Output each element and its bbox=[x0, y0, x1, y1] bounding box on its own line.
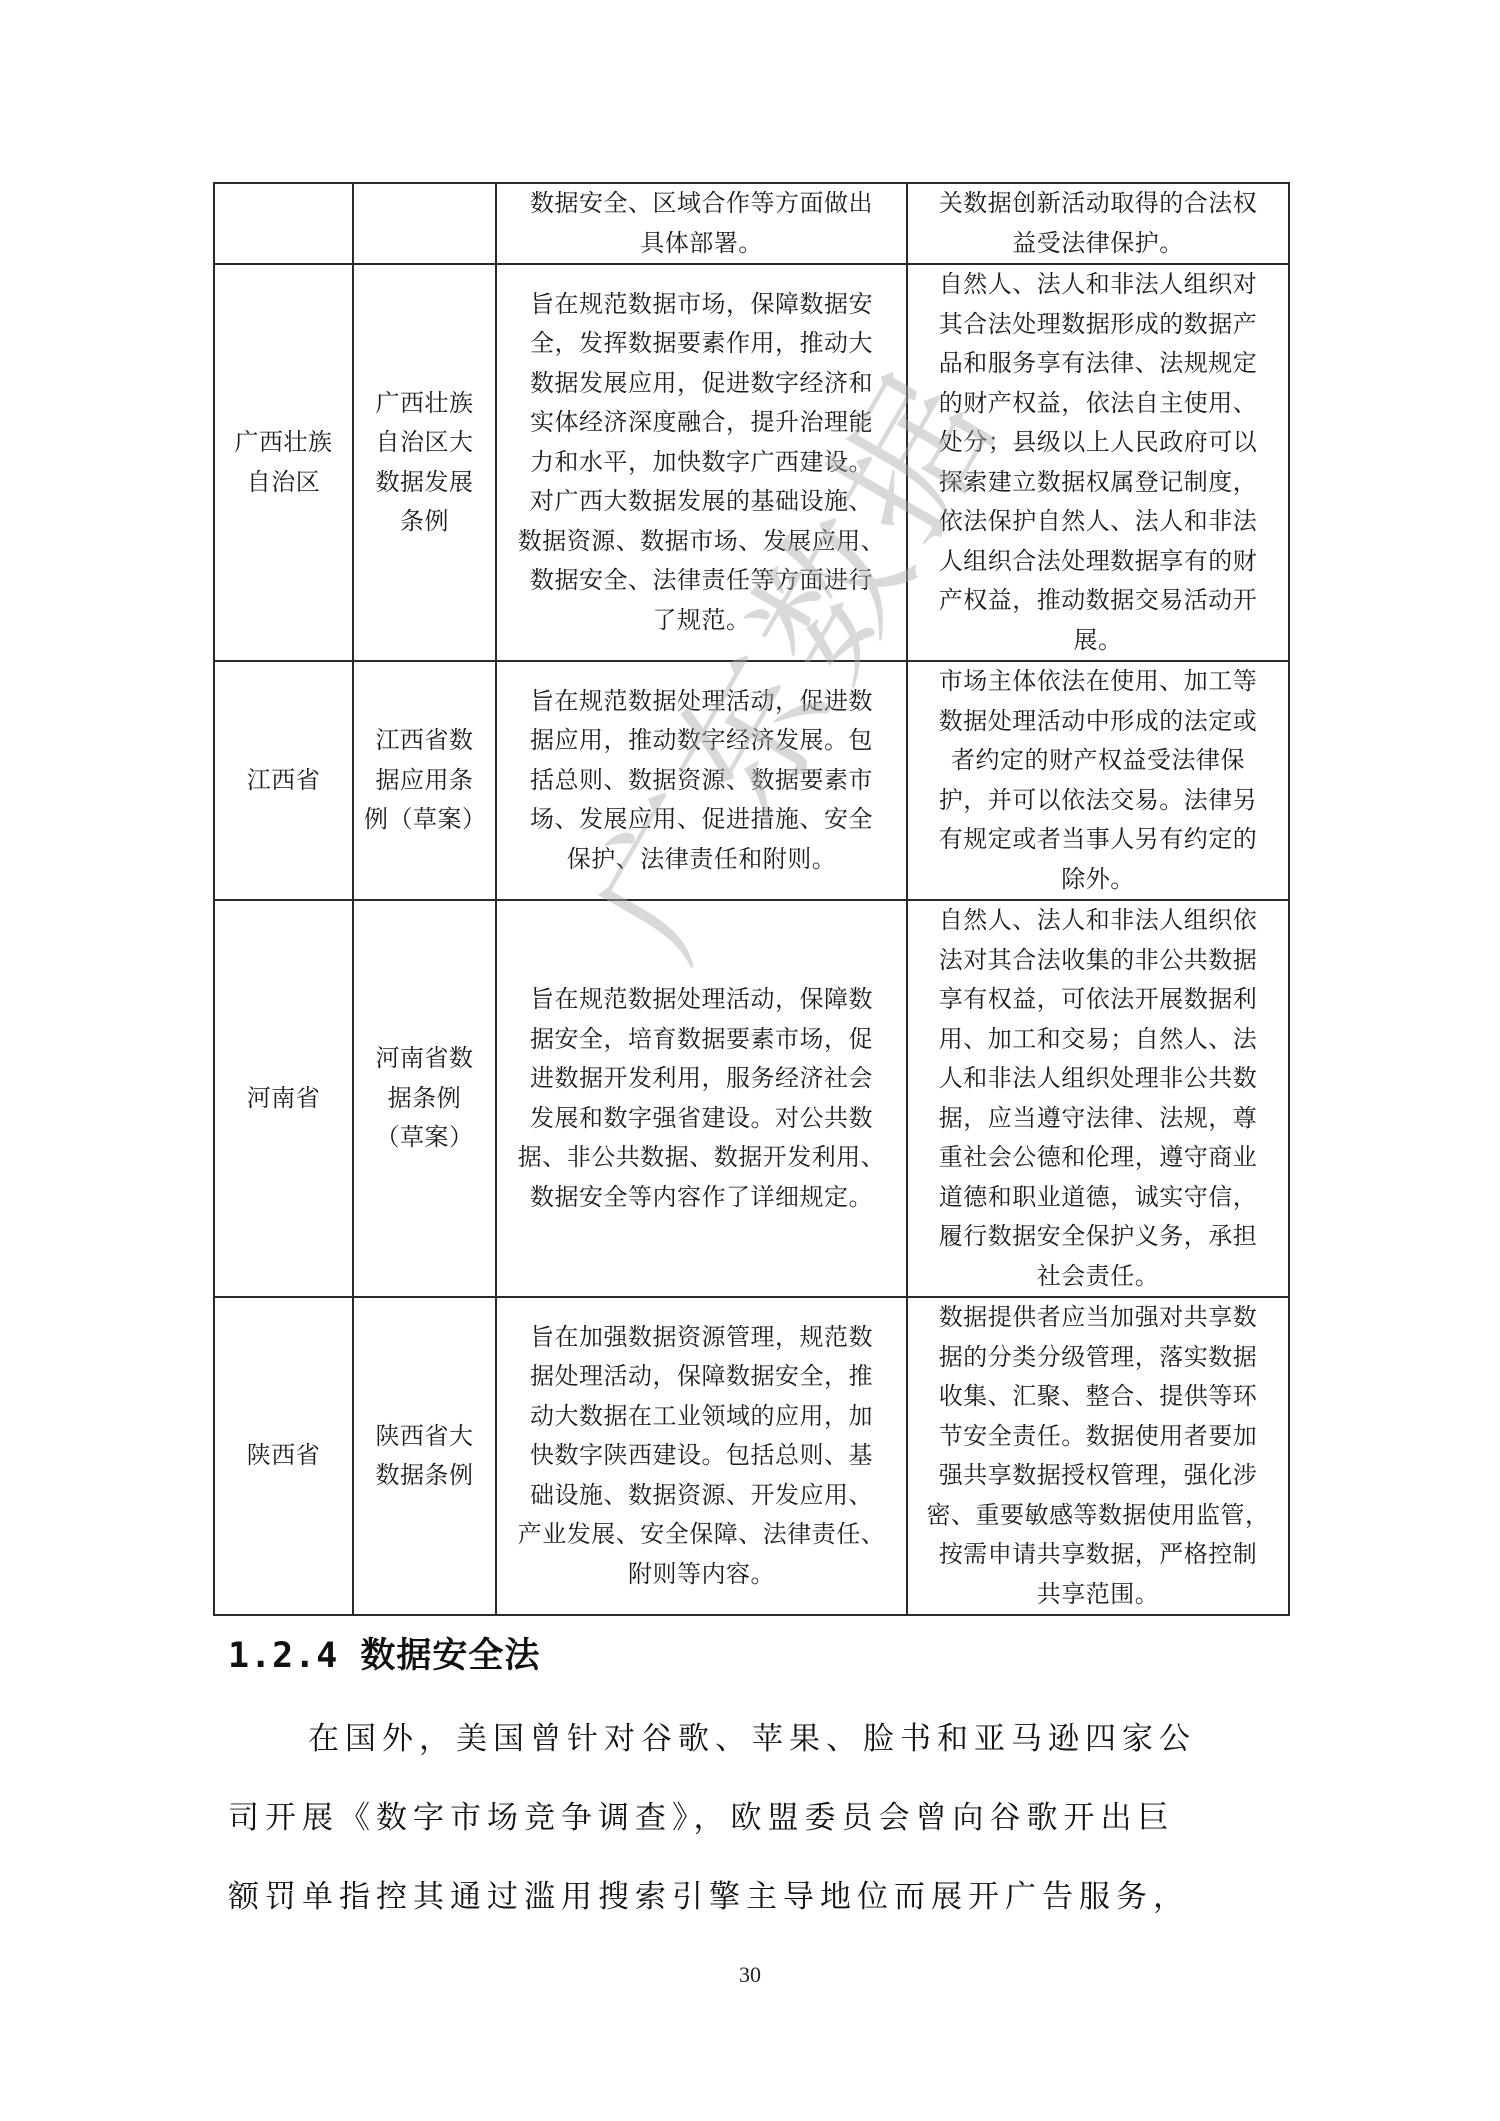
cell-line: 共享范围。 bbox=[918, 1575, 1278, 1615]
cell-line: 自治区大 bbox=[364, 423, 485, 463]
cell-line: 重社会公德和伦理，遵守商业 bbox=[918, 1138, 1278, 1178]
cell-line: 据、非公共数据、数据开发利用、 bbox=[507, 1138, 896, 1178]
cell-line: 附则等内容。 bbox=[507, 1555, 896, 1595]
paragraph-line: 在国外，美国曾针对谷歌、苹果、脸书和亚马逊四家公 bbox=[228, 1700, 1288, 1779]
law-name-cell: 江西省数据应用条例（草案） bbox=[353, 661, 496, 900]
cell-line: 人组织合法处理数据享有的财 bbox=[918, 542, 1278, 582]
section-heading: 1.2.4 数据安全法 bbox=[228, 1628, 540, 1678]
law-name-cell: 陕西省大数据条例 bbox=[353, 1297, 496, 1615]
cell-line: 了规范。 bbox=[507, 601, 896, 641]
region-cell: 江西省 bbox=[214, 661, 353, 900]
data-rights-cell: 市场主体依法在使用、加工等数据处理活动中形成的法定或者约定的财产权益受法律保护，… bbox=[907, 661, 1289, 900]
cell-line: 旨在规范数据处理活动，促进数 bbox=[507, 682, 896, 722]
cell-line: 数据发展应用，促进数字经济和 bbox=[507, 364, 896, 404]
cell-line: 力和水平，加快数字广西建设。 bbox=[507, 443, 896, 483]
law-name-cell bbox=[353, 183, 496, 264]
document-page: 数据安全、区域合作等方面做出具体部署。关数据创新活动取得的合法权益受法律保护。广… bbox=[0, 0, 1500, 2121]
cell-line: 市场主体依法在使用、加工等 bbox=[918, 662, 1278, 702]
cell-line: 数据安全等内容作了详细规定。 bbox=[507, 1178, 896, 1218]
cell-line: 旨在规范数据处理活动，保障数 bbox=[507, 980, 896, 1020]
cell-line: 用、加工和交易；自然人、法 bbox=[918, 1020, 1278, 1060]
cell-line: 快数字陕西建设。包括总则、基 bbox=[507, 1436, 896, 1476]
cell-line: 据应用，推动数字经济发展。包 bbox=[507, 721, 896, 761]
data-rights-cell: 数据提供者应当加强对共享数据的分类分级管理，落实数据收集、汇聚、整合、提供等环节… bbox=[907, 1297, 1289, 1615]
cell-line: 据条例 bbox=[364, 1079, 485, 1119]
cell-line: 实体经济深度融合，提升治理能 bbox=[507, 403, 896, 443]
cell-line: 数据安全、区域合作等方面做出 bbox=[507, 184, 896, 224]
cell-line: 江西省数 bbox=[364, 721, 485, 761]
cell-line: 履行数据安全保护义务，承担 bbox=[918, 1217, 1278, 1257]
cell-line: 条例 bbox=[364, 502, 485, 542]
cell-line: 护，并可以依法交易。法律另 bbox=[918, 781, 1278, 821]
cell-line: 有规定或者当事人另有约定的 bbox=[918, 820, 1278, 860]
cell-line: 础设施、数据资源、开发应用、 bbox=[507, 1476, 896, 1516]
cell-line: 保护、法律责任和附则。 bbox=[507, 840, 896, 880]
cell-line: 旨在加强数据资源管理，规范数 bbox=[507, 1318, 896, 1358]
regional-data-law-table: 数据安全、区域合作等方面做出具体部署。关数据创新活动取得的合法权益受法律保护。广… bbox=[213, 182, 1290, 1616]
table-row: 数据安全、区域合作等方面做出具体部署。关数据创新活动取得的合法权益受法律保护。 bbox=[214, 183, 1289, 264]
cell-line: 进数据开发利用，服务经济社会 bbox=[507, 1059, 896, 1099]
law-name-cell: 广西壮族自治区大数据发展条例 bbox=[353, 264, 496, 661]
paragraph-line: 司开展《数字市场竞争调查》，欧盟委员会曾向谷歌开出巨 bbox=[228, 1779, 1288, 1858]
purpose-cell: 旨在规范数据处理活动，促进数据应用，推动数字经济发展。包括总则、数据资源、数据要… bbox=[496, 661, 907, 900]
cell-line: 展。 bbox=[918, 621, 1278, 661]
data-rights-cell: 自然人、法人和非法人组织对其合法处理数据形成的数据产品和服务享有法律、法规规定的… bbox=[907, 264, 1289, 661]
cell-line: 收集、汇聚、整合、提供等环 bbox=[918, 1377, 1278, 1417]
cell-line: 节安全责任。数据使用者要加 bbox=[918, 1417, 1278, 1457]
body-paragraph: 在国外，美国曾针对谷歌、苹果、脸书和亚马逊四家公 司开展《数字市场竞争调查》，欧… bbox=[228, 1700, 1288, 1937]
cell-line: 河南省 bbox=[225, 1079, 342, 1119]
cell-line: 全，发挥数据要素作用，推动大 bbox=[507, 324, 896, 364]
cell-line: 关数据创新活动取得的合法权 bbox=[918, 184, 1278, 224]
cell-line: 动大数据在工业领域的应用，加 bbox=[507, 1397, 896, 1437]
cell-line: 产权益，推动数据交易活动开 bbox=[918, 581, 1278, 621]
cell-line: 数据资源、数据市场、发展应用、 bbox=[507, 522, 896, 562]
cell-line: 探索建立数据权属登记制度， bbox=[918, 463, 1278, 503]
law-name-cell: 河南省数据条例（草案） bbox=[353, 900, 496, 1297]
purpose-cell: 旨在规范数据市场，保障数据安全，发挥数据要素作用，推动大数据发展应用，促进数字经… bbox=[496, 264, 907, 661]
table-row: 陕西省陕西省大数据条例旨在加强数据资源管理，规范数据处理活动，保障数据安全，推动… bbox=[214, 1297, 1289, 1615]
cell-line: 发展和数字强省建设。对公共数 bbox=[507, 1099, 896, 1139]
data-rights-cell: 关数据创新活动取得的合法权益受法律保护。 bbox=[907, 183, 1289, 264]
purpose-cell: 数据安全、区域合作等方面做出具体部署。 bbox=[496, 183, 907, 264]
cell-line: 强共享数据授权管理，强化涉 bbox=[918, 1456, 1278, 1496]
cell-line: 陕西省大 bbox=[364, 1417, 485, 1457]
cell-line: 数据条例 bbox=[364, 1456, 485, 1496]
cell-line: 广西壮族 bbox=[225, 423, 342, 463]
cell-line: 据，应当遵守法律、法规，尊 bbox=[918, 1099, 1278, 1139]
cell-line: 陕西省 bbox=[225, 1436, 342, 1476]
cell-line: 广西壮族 bbox=[364, 384, 485, 424]
cell-line: 依法保护自然人、法人和非法 bbox=[918, 502, 1278, 542]
region-cell bbox=[214, 183, 353, 264]
cell-line: 除外。 bbox=[918, 860, 1278, 900]
cell-line: 享有权益，可依法开展数据利 bbox=[918, 980, 1278, 1020]
cell-line: 括总则、数据资源、数据要素市 bbox=[507, 761, 896, 801]
cell-line: 人和非法人组织处理非公共数 bbox=[918, 1059, 1278, 1099]
cell-line: 河南省数 bbox=[364, 1039, 485, 1079]
cell-line: 据的分类分级管理，落实数据 bbox=[918, 1338, 1278, 1378]
cell-line: 者约定的财产权益受法律保 bbox=[918, 741, 1278, 781]
cell-line: 自然人、法人和非法人组织对 bbox=[918, 265, 1278, 305]
cell-line: 据应用条 bbox=[364, 761, 485, 801]
cell-line: 密、重要敏感等数据使用监管， bbox=[918, 1496, 1278, 1536]
table-row: 江西省江西省数据应用条例（草案）旨在规范数据处理活动，促进数据应用，推动数字经济… bbox=[214, 661, 1289, 900]
cell-line: 自治区 bbox=[225, 463, 342, 503]
cell-line: 按需申请共享数据，严格控制 bbox=[918, 1535, 1278, 1575]
cell-line: 场、发展应用、促进措施、安全 bbox=[507, 800, 896, 840]
cell-line: 社会责任。 bbox=[918, 1257, 1278, 1297]
cell-line: 品和服务享有法律、法规规定 bbox=[918, 344, 1278, 384]
purpose-cell: 旨在加强数据资源管理，规范数据处理活动，保障数据安全，推动大数据在工业领域的应用… bbox=[496, 1297, 907, 1615]
cell-line: 据处理活动，保障数据安全，推 bbox=[507, 1357, 896, 1397]
cell-line: 旨在规范数据市场，保障数据安 bbox=[507, 285, 896, 325]
purpose-cell: 旨在规范数据处理活动，保障数据安全，培育数据要素市场，促进数据开发利用，服务经济… bbox=[496, 900, 907, 1297]
table-row: 广西壮族自治区广西壮族自治区大数据发展条例旨在规范数据市场，保障数据安全，发挥数… bbox=[214, 264, 1289, 661]
cell-line: 法对其合法收集的非公共数据 bbox=[918, 941, 1278, 981]
cell-line: 其合法处理数据形成的数据产 bbox=[918, 305, 1278, 345]
cell-line: 益受法律保护。 bbox=[918, 224, 1278, 264]
cell-line: 据安全，培育数据要素市场，促 bbox=[507, 1020, 896, 1060]
table-row: 河南省河南省数据条例（草案）旨在规范数据处理活动，保障数据安全，培育数据要素市场… bbox=[214, 900, 1289, 1297]
cell-line: 道德和职业道德，诚实守信， bbox=[918, 1178, 1278, 1218]
region-cell: 陕西省 bbox=[214, 1297, 353, 1615]
data-rights-cell: 自然人、法人和非法人组织依法对其合法收集的非公共数据享有权益，可依法开展数据利用… bbox=[907, 900, 1289, 1297]
cell-line: 具体部署。 bbox=[507, 224, 896, 264]
page-number: 30 bbox=[0, 1962, 1500, 1988]
cell-line: 江西省 bbox=[225, 761, 342, 801]
region-cell: 广西壮族自治区 bbox=[214, 264, 353, 661]
cell-line: 的财产权益，依法自主使用、 bbox=[918, 384, 1278, 424]
cell-line: 数据处理活动中形成的法定或 bbox=[918, 702, 1278, 742]
cell-line: 例（草案） bbox=[364, 800, 485, 840]
cell-line: 自然人、法人和非法人组织依 bbox=[918, 901, 1278, 941]
region-cell: 河南省 bbox=[214, 900, 353, 1297]
cell-line: 数据发展 bbox=[364, 463, 485, 503]
cell-line: 产业发展、安全保障、法律责任、 bbox=[507, 1515, 896, 1555]
paragraph-line: 额罚单指控其通过滥用搜索引擎主导地位而展开广告服务， bbox=[228, 1858, 1288, 1937]
cell-line: 数据提供者应当加强对共享数 bbox=[918, 1298, 1278, 1338]
cell-line: （草案） bbox=[364, 1118, 485, 1158]
cell-line: 数据安全、法律责任等方面进行 bbox=[507, 561, 896, 601]
cell-line: 对广西大数据发展的基础设施、 bbox=[507, 482, 896, 522]
cell-line: 处分；县级以上人民政府可以 bbox=[918, 423, 1278, 463]
